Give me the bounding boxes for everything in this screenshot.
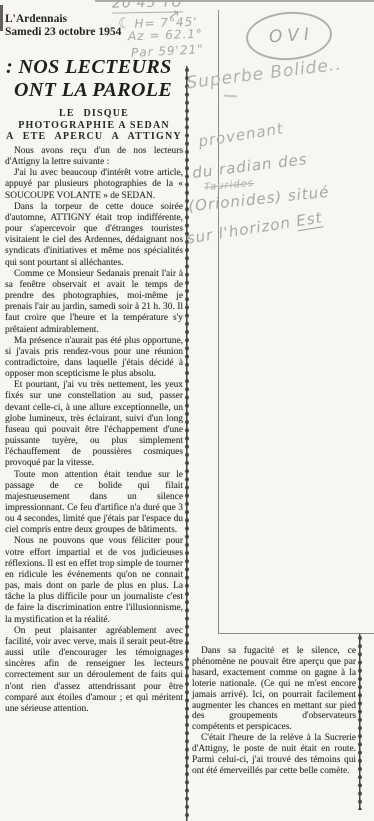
handwritten-bolide-note: Superbe Bolide.. [185, 55, 342, 94]
paragraph: Et pourtant, j'ai vu très nettement, les… [5, 380, 183, 469]
headline-line-2: ONT LA PAROLE [14, 79, 186, 102]
scan-edge-mark [0, 5, 3, 31]
up-arrow-icon: ↗ [167, 6, 182, 24]
ovi-label: OVI [263, 24, 314, 47]
paragraph: Toute mon attention était tendue sur le … [5, 470, 183, 537]
section-headline: : NOS LECTEURS ONT LA PAROLE [6, 56, 186, 102]
issue-date: Samedi 23 octobre 1954 [5, 26, 121, 39]
article-subhead: LE DISQUE PHOTOGRAPHIE A SEDAN A ETE APE… [2, 108, 186, 143]
paragraph: C'était l'heure de la relève à la Sucrer… [192, 733, 356, 777]
paragraph: Dans sa fugacité et le silence, ce phéno… [192, 646, 356, 733]
circled-annotation: OVI [244, 9, 333, 63]
paragraph: J'ai lu avec beaucoup d'intérêt votre ar… [5, 168, 183, 201]
paragraph: Nous ne pouvons que vous féliciter pour … [5, 536, 183, 625]
subhead-line-1: LE DISQUE [2, 108, 186, 120]
handwritten-azimuth-note: Az = 62.1° [128, 27, 203, 44]
subhead-line-3: A ETE APERCU A ATTIGNY [2, 131, 186, 143]
headline-line-1: : NOS LECTEURS [6, 56, 186, 79]
paragraph: Comme ce Monsieur Sedanais prenait l'air… [5, 269, 183, 336]
article-left-column: Nous avons reçu d'un de nos lecteurs d'A… [5, 146, 183, 715]
paragraph: Nous avons reçu d'un de nos lecteurs d'A… [5, 146, 183, 168]
handwritten-radiant-note-line-4: sur l'horizon Est [185, 208, 323, 247]
subhead-line-2: PHOTOGRAPHIE A SEDAN [2, 120, 186, 132]
article-right-column: Dans sa fugacité et le silence, ce phéno… [192, 646, 356, 777]
paragraph: On peut plaisanter agréablement avec fac… [5, 626, 183, 715]
horizon-est-underlined: Est [295, 208, 324, 231]
paragraph: Ma présence n'aurait pas été plus opport… [5, 336, 183, 381]
stray-pencil-dash [224, 95, 237, 98]
newspaper-clipping-scan: L'Ardennais Samedi 23 octobre 1954 : NOS… [0, 0, 374, 821]
column-rule-ornament-right [356, 634, 364, 810]
column-rule-ornament-left [183, 66, 191, 821]
masthead: L'Ardennais Samedi 23 octobre 1954 [5, 13, 121, 39]
paragraph: Dans la torpeur de cette douce soirée d'… [5, 202, 183, 269]
handwritten-radiant-note-line-1: provenant [197, 119, 285, 150]
pencil-frame-horizontal-line [218, 633, 374, 634]
handwritten-parallax-note: Par 59'21" [131, 42, 204, 60]
horizon-prefix: sur l'horizon [185, 212, 297, 247]
newspaper-title: L'Ardennais [5, 13, 121, 26]
pencil-frame-vertical-line [218, 10, 219, 634]
